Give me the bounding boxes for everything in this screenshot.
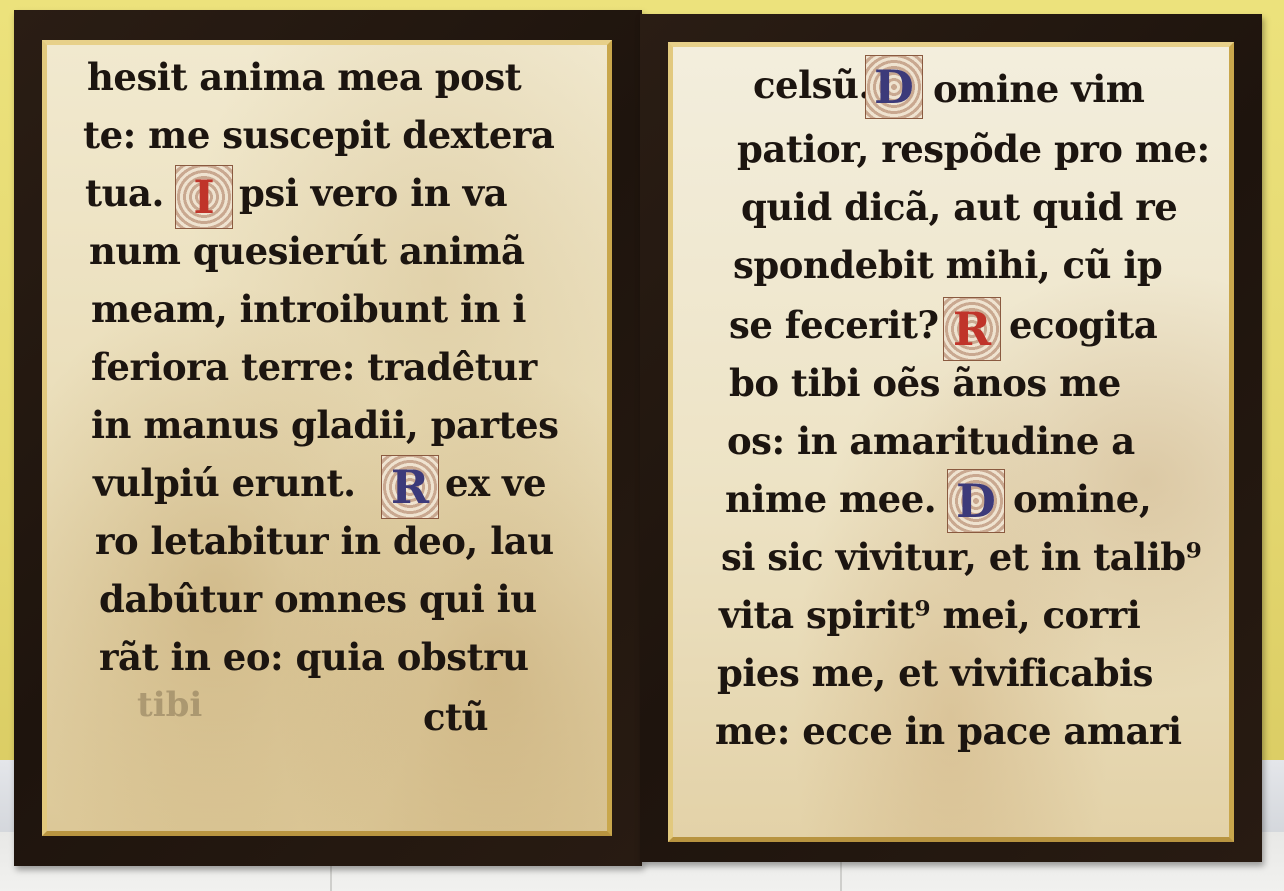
text-line: psi vero in va	[239, 169, 507, 217]
text-line: spondebit mihi, cũ ip	[733, 241, 1162, 289]
illuminated-initial-r: R	[381, 455, 439, 519]
left-gilt-border: tibi hesit anima mea post te: me suscepi…	[42, 40, 612, 836]
text-line: te: me suscepit dextera	[83, 111, 554, 159]
text-line: num quesierút animã	[89, 227, 525, 275]
left-frame: tibi hesit anima mea post te: me suscepi…	[14, 10, 642, 866]
text-line: hesit anima mea post	[87, 53, 521, 101]
text-line: me: ecce in pace amari	[715, 707, 1182, 755]
text-line: si sic vivitur, et in talib⁹	[721, 533, 1201, 581]
left-parchment-leaf: tibi hesit anima mea post te: me suscepi…	[47, 45, 607, 831]
text-line: dabûtur omnes qui iu	[99, 575, 537, 623]
right-parchment-leaf: celsũ. D omine vim patior, respõde pro m…	[673, 47, 1229, 837]
text-line: se fecerit?	[729, 301, 939, 349]
text-line: celsũ.	[753, 61, 871, 109]
text-line: feriora terre: tradêtur	[91, 343, 537, 391]
text-line: omine vim	[933, 65, 1144, 113]
right-frame: celsũ. D omine vim patior, respõde pro m…	[640, 14, 1262, 862]
text-line: ctũ	[423, 693, 488, 741]
bleed-through-text: tibi	[137, 685, 202, 725]
text-line: patior, respõde pro me:	[737, 125, 1210, 173]
text-line: in manus gladii, partes	[91, 401, 558, 449]
text-line: pies me, et vivificabis	[717, 649, 1153, 697]
text-line: ecogita	[1009, 301, 1157, 349]
illuminated-initial-r: R	[943, 297, 1001, 361]
text-line: tua.	[85, 169, 164, 217]
illuminated-initial-d: D	[947, 469, 1005, 533]
right-gilt-border: celsũ. D omine vim patior, respõde pro m…	[668, 42, 1234, 842]
text-line: omine,	[1013, 475, 1151, 523]
text-line: ro letabitur in deo, lau	[95, 517, 554, 565]
text-line: meam, introibunt in i	[91, 285, 526, 333]
illuminated-initial-i: I	[175, 165, 233, 229]
text-line: vita spirit⁹ mei, corri	[719, 591, 1140, 639]
text-line: nime mee.	[725, 475, 936, 523]
text-line: rãt in eo: quia obstru	[99, 633, 529, 681]
text-line: ex ve	[445, 459, 546, 507]
text-line: os: in amaritudine a	[727, 417, 1135, 465]
text-line: quid dicã, aut quid re	[741, 183, 1177, 231]
illuminated-initial-d: D	[865, 55, 923, 119]
text-line: vulpiú erunt.	[93, 459, 355, 507]
text-line: bo tibi oẽs ãnos me	[729, 359, 1121, 407]
